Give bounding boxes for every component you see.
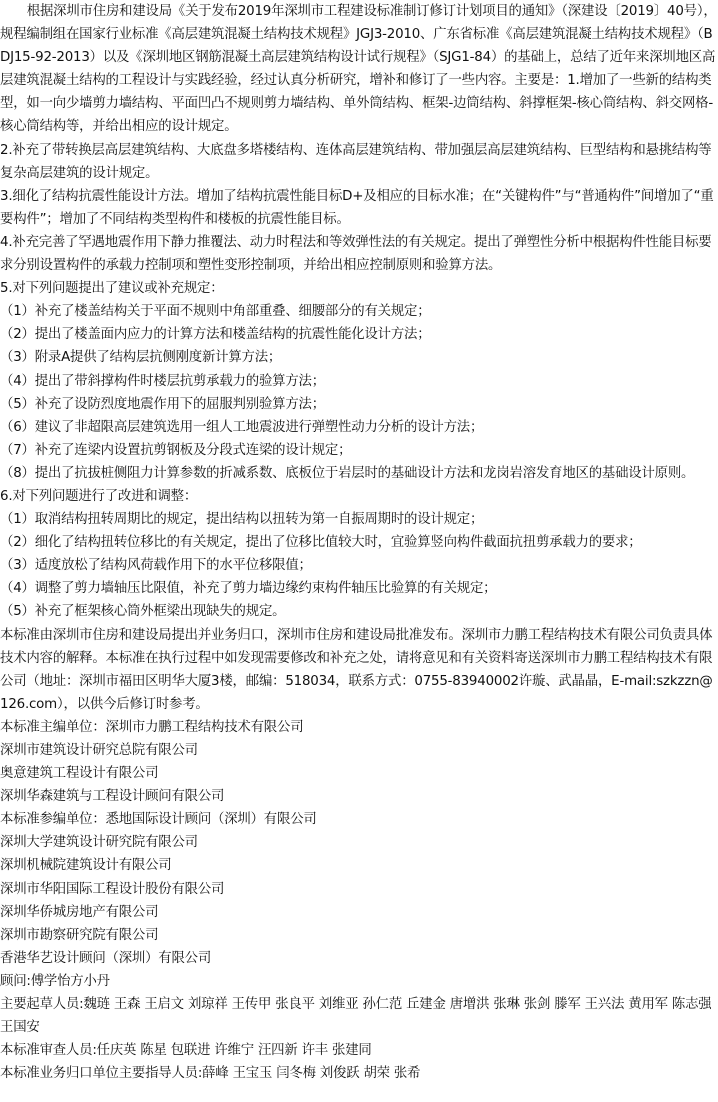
chief-editor-unit: 深圳华森建筑与工程设计顾问有限公司	[0, 785, 718, 808]
management-paragraph: 本标准由深圳市住房和建设局提出并业务归口，深圳市住房和建设局批准发布。深圳市力鹏…	[0, 624, 718, 716]
item6-subitem: （1）取消结构扭转周期比的规定，提出结构以扭转为第一自振周期时的设计规定；	[0, 508, 718, 531]
guidance-line: 本标准业务归口单位主要指导人员:薛峰 王宝玉 闫冬梅 刘俊跃 胡荣 张希	[0, 1062, 718, 1085]
intro-paragraph: 根据深圳市住房和建设局《关于发布2019年深圳市工程建设标准制订修订计划项目的通…	[0, 0, 718, 139]
item6-subitem: （2）细化了结构扭转位移比的有关规定，提出了位移比值较大时，宜验算竖向构件截面抗…	[0, 531, 718, 554]
revision-item-4: 4.补充完善了罕遇地震作用下静力推覆法、动力时程法和等效弹性法的有关规定。提出了…	[0, 231, 718, 277]
item5-subitem: （8）提出了抗拔桩侧阻力计算参数的折减系数、底板位于岩层时的基础设计方法和龙岗岩…	[0, 462, 718, 485]
item6-subitem: （4）调整了剪力墙轴压比限值，补充了剪力墙边缘约束构件轴压比验算的有关规定；	[0, 577, 718, 600]
document-body: 根据深圳市住房和建设局《关于发布2019年深圳市工程建设标准制订修订计划项目的通…	[0, 0, 718, 1085]
item5-subitem: （4）提出了带斜撑构件时楼层抗剪承载力的验算方法；	[0, 370, 718, 393]
item5-subitem: （6）建议了非超限高层建筑选用一组人工地震波进行弹塑性动力分析的设计方法；	[0, 416, 718, 439]
participating-unit: 深圳市勘察研究院有限公司	[0, 924, 718, 947]
participating-label: 本标准参编单位：悉地国际设计顾问（深圳）有限公司	[0, 808, 718, 831]
revision-item-5-heading: 5.对下列问题提出了建议或补充规定：	[0, 277, 718, 300]
chief-editor-label: 本标准主编单位：深圳市力鹏工程结构技术有限公司	[0, 716, 718, 739]
item5-subitem: （1）补充了楼盖结构关于平面不规则中角部重叠、细腰部分的有关规定；	[0, 300, 718, 323]
participating-unit: 深圳大学建筑设计研究院有限公司	[0, 831, 718, 854]
item6-subitem: （3）适度放松了结构风荷载作用下的水平位移限值；	[0, 554, 718, 577]
item5-subitem: （5）补充了设防烈度地震作用下的屈服判别验算方法；	[0, 393, 718, 416]
participating-unit: 香港华艺设计顾问（深圳）有限公司	[0, 947, 718, 970]
item5-subitem: （7）补充了连梁内设置抗剪钢板及分段式连梁的设计规定；	[0, 439, 718, 462]
participating-unit: 深圳华侨城房地产有限公司	[0, 901, 718, 924]
item5-subitem: （2）提出了楼盖面内应力的计算方法和楼盖结构的抗震性能化设计方法；	[0, 323, 718, 346]
reviewers-line: 本标准审查人员:任庆英 陈星 包联进 许维宁 汪四新 许丰 张建同	[0, 1039, 718, 1062]
participating-unit: 深圳市华阳国际工程设计股份有限公司	[0, 878, 718, 901]
chief-editor-unit: 深圳市建筑设计研究总院有限公司	[0, 739, 718, 762]
revision-item-2: 2.补充了带转换层高层建筑结构、大底盘多塔楼结构、连体高层建筑结构、带加强层高层…	[0, 139, 718, 185]
participating-unit: 深圳机械院建筑设计有限公司	[0, 854, 718, 877]
revision-item-3: 3.细化了结构抗震性能设计方法。增加了结构抗震性能目标D+及相应的目标水准；在“…	[0, 185, 718, 231]
revision-item-6-heading: 6.对下列问题进行了改进和调整：	[0, 485, 718, 508]
item6-subitem: （5）补充了框架核心筒外框梁出现缺失的规定。	[0, 600, 718, 623]
chief-editor-unit: 奥意建筑工程设计有限公司	[0, 762, 718, 785]
item5-subitem: （3）附录A提供了结构层抗侧刚度新计算方法；	[0, 346, 718, 369]
advisors-line: 顾问:傅学怡方小丹	[0, 970, 718, 993]
drafters-line: 主要起草人员:魏琏 王森 王启文 刘琼祥 王传甲 张良平 刘维亚 孙仁范 丘建金…	[0, 993, 718, 1039]
